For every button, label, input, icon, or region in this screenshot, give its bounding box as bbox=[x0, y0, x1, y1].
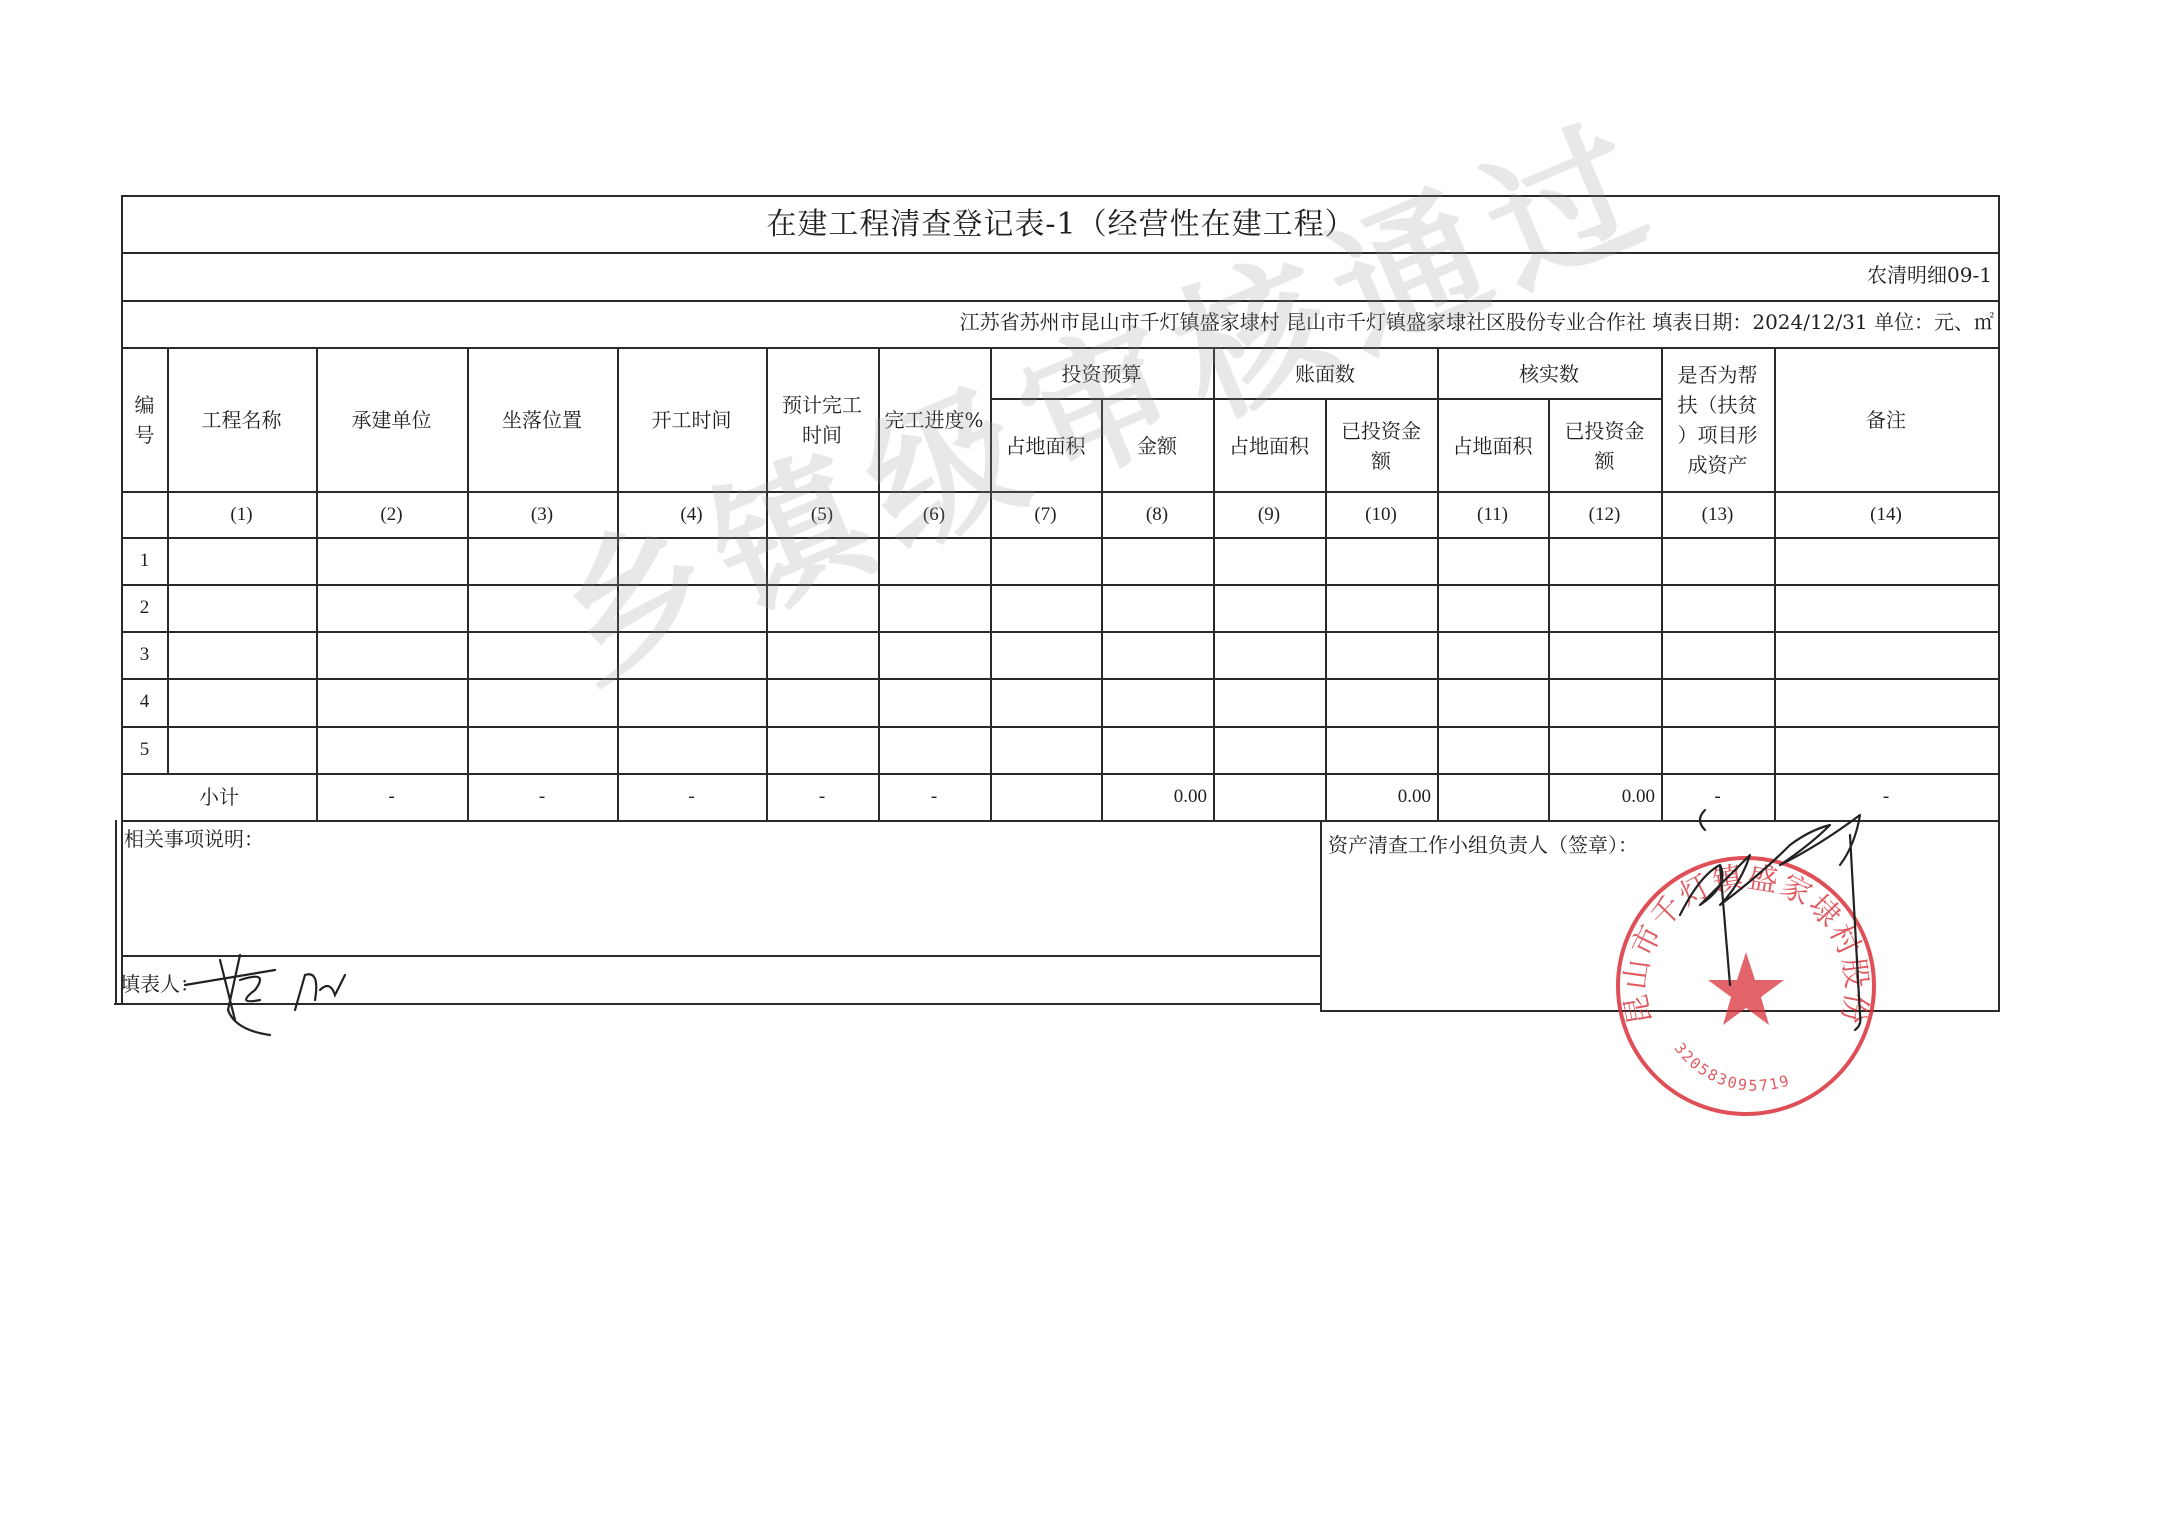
table-cell[interactable] bbox=[316, 585, 467, 631]
official-seal-icon: 昆山市千灯镇盛家埭村股份经济合作社 3205830957198 bbox=[1612, 852, 1880, 1120]
table-cell[interactable] bbox=[1437, 679, 1548, 725]
subtotal-cell: - bbox=[467, 774, 617, 820]
subtotal-cell bbox=[1437, 774, 1548, 820]
column-number: (3) bbox=[467, 493, 617, 537]
column-number: (13) bbox=[1661, 493, 1774, 537]
table-cell[interactable] bbox=[878, 585, 990, 631]
line-under-title bbox=[122, 252, 2000, 254]
header-contractor: 承建单位 bbox=[316, 349, 467, 491]
table-cell[interactable] bbox=[1437, 538, 1548, 584]
table-cell[interactable] bbox=[1774, 632, 1998, 678]
leader-label: 资产清查工作小组负责人（签章）： bbox=[1328, 833, 1638, 857]
seal-code-text: 3205830957198 bbox=[1612, 852, 1793, 1095]
table-cell[interactable] bbox=[467, 727, 617, 773]
table-cell[interactable] bbox=[1101, 538, 1213, 584]
table-cell[interactable] bbox=[316, 632, 467, 678]
asset-inventory-form: 在建工程清查登记表-1（经营性在建工程） 农清明细09-1 江苏省苏州市昆山市千… bbox=[0, 0, 2160, 1527]
table-cell[interactable] bbox=[1101, 727, 1213, 773]
table-cell[interactable] bbox=[1661, 538, 1774, 584]
header-expected-completion: 预计完工 时间 bbox=[766, 349, 878, 491]
table-cell[interactable] bbox=[1213, 538, 1325, 584]
form-title: 在建工程清查登记表-1（经营性在建工程） bbox=[122, 197, 2000, 252]
table-cell[interactable] bbox=[167, 538, 316, 584]
form-code: 农清明细09-1 bbox=[1867, 263, 1992, 287]
table-cell[interactable] bbox=[1213, 632, 1325, 678]
table-border-right bbox=[1998, 195, 2000, 1011]
header-project-name: 工程名称 bbox=[167, 349, 316, 491]
table-cell[interactable] bbox=[766, 538, 878, 584]
table-cell[interactable] bbox=[467, 538, 617, 584]
table-cell[interactable] bbox=[1437, 727, 1548, 773]
header-group-verified: 核实数 bbox=[1437, 349, 1661, 398]
table-border-left-lower bbox=[115, 820, 117, 1005]
column-number: (1) bbox=[167, 493, 316, 537]
subtotal-bottom-line bbox=[121, 820, 2000, 822]
column-number: (9) bbox=[1213, 493, 1325, 537]
seal-org-text: 昆山市千灯镇盛家埭村股份经济合作社 bbox=[1612, 852, 1874, 1028]
row-number: 5 bbox=[122, 727, 167, 773]
header-location: 坐落位置 bbox=[467, 349, 617, 491]
table-cell[interactable] bbox=[1325, 538, 1437, 584]
table-cell[interactable] bbox=[878, 538, 990, 584]
table-cell[interactable] bbox=[990, 585, 1101, 631]
preparer-signature-icon bbox=[180, 950, 360, 1040]
table-cell[interactable] bbox=[766, 585, 878, 631]
table-cell[interactable] bbox=[617, 585, 766, 631]
table-cell[interactable] bbox=[617, 679, 766, 725]
subtotal-cell: 0.00 bbox=[1325, 774, 1431, 820]
table-cell[interactable] bbox=[1437, 632, 1548, 678]
table-cell[interactable] bbox=[1661, 585, 1774, 631]
table-cell[interactable] bbox=[316, 727, 467, 773]
subtotal-cell: - bbox=[316, 774, 467, 820]
table-cell[interactable] bbox=[617, 727, 766, 773]
table-cell[interactable] bbox=[1661, 679, 1774, 725]
notes-label: 相关事项说明： bbox=[124, 827, 264, 851]
header-no: 编 号 bbox=[122, 349, 167, 491]
table-cell[interactable] bbox=[1548, 538, 1661, 584]
preparer-top-line bbox=[121, 955, 1321, 957]
header-poverty-asset-line4: 成资产 bbox=[1688, 450, 1748, 480]
table-cell[interactable] bbox=[878, 632, 990, 678]
subtotal-cell: - bbox=[1774, 774, 1998, 820]
table-cell[interactable] bbox=[167, 727, 316, 773]
header-verified-invested: 已投资金 额 bbox=[1548, 400, 1661, 491]
table-cell[interactable] bbox=[1213, 727, 1325, 773]
table-cell[interactable] bbox=[617, 538, 766, 584]
header-expected-completion-line2: 时间 bbox=[802, 420, 842, 450]
header-book-invested-line1: 已投资金 bbox=[1341, 416, 1421, 446]
table-cell[interactable] bbox=[1774, 727, 1998, 773]
table-cell[interactable] bbox=[1774, 585, 1998, 631]
table-cell[interactable] bbox=[167, 585, 316, 631]
column-number: (2) bbox=[316, 493, 467, 537]
header-remarks: 备注 bbox=[1774, 349, 1998, 491]
table-cell[interactable] bbox=[990, 679, 1101, 725]
subtotal-cell: - bbox=[617, 774, 766, 820]
table-cell[interactable] bbox=[467, 632, 617, 678]
row-number: 1 bbox=[122, 538, 167, 584]
column-number: (8) bbox=[1101, 493, 1213, 537]
table-cell[interactable] bbox=[1325, 585, 1437, 631]
table-cell[interactable] bbox=[467, 585, 617, 631]
header-expected-completion-line1: 预计完工 bbox=[782, 390, 862, 420]
header-budget-amount: 金额 bbox=[1101, 400, 1213, 491]
table-cell[interactable] bbox=[316, 679, 467, 725]
table-cell[interactable] bbox=[1661, 632, 1774, 678]
table-cell[interactable] bbox=[1774, 679, 1998, 725]
row-number: 3 bbox=[122, 632, 167, 678]
table-cell[interactable] bbox=[1213, 679, 1325, 725]
table-cell[interactable] bbox=[1661, 727, 1774, 773]
table-cell[interactable] bbox=[766, 727, 878, 773]
table-cell[interactable] bbox=[1548, 679, 1661, 725]
table-cell[interactable] bbox=[1101, 585, 1213, 631]
preparer-label: 填表人： bbox=[120, 972, 200, 996]
column-number: (4) bbox=[617, 493, 766, 537]
table-cell[interactable] bbox=[617, 632, 766, 678]
header-budget-area: 占地面积 bbox=[990, 400, 1101, 491]
table-cell[interactable] bbox=[1548, 727, 1661, 773]
header-poverty-asset-line2: 扶（扶贫 bbox=[1678, 390, 1758, 420]
notes-value[interactable] bbox=[124, 860, 1314, 950]
subtotal-cell: 0.00 bbox=[1548, 774, 1655, 820]
table-cell[interactable] bbox=[878, 679, 990, 725]
subtotal-cell: - bbox=[878, 774, 990, 820]
column-number: (10) bbox=[1325, 493, 1437, 537]
subtotal-cell: - bbox=[766, 774, 878, 820]
row-number: 4 bbox=[122, 679, 167, 725]
subtotal-label: 小计 bbox=[122, 774, 316, 820]
line-under-form-code bbox=[122, 300, 2000, 302]
table-cell[interactable] bbox=[990, 632, 1101, 678]
column-number: (6) bbox=[878, 493, 990, 537]
table-cell[interactable] bbox=[1325, 679, 1437, 725]
table-cell[interactable] bbox=[990, 727, 1101, 773]
column-number: (11) bbox=[1437, 493, 1548, 537]
header-group-budget: 投资预算 bbox=[990, 349, 1213, 398]
header-no-line2: 号 bbox=[135, 420, 155, 450]
table-cell[interactable] bbox=[766, 679, 878, 725]
table-cell[interactable] bbox=[990, 538, 1101, 584]
subtotal-cell: 0.00 bbox=[1101, 774, 1207, 820]
table-cell[interactable] bbox=[1548, 632, 1661, 678]
subtotal-cell: - bbox=[1661, 774, 1774, 820]
header-poverty-asset: 是否为帮 扶（扶贫 ）项目形 成资产 bbox=[1661, 349, 1774, 491]
table-cell[interactable] bbox=[1101, 632, 1213, 678]
header-verified-invested-line2: 额 bbox=[1595, 446, 1615, 476]
table-border-bottom-right bbox=[1320, 1010, 2000, 1012]
svg-text:昆山市千灯镇盛家埭村股份经济合作社: 昆山市千灯镇盛家埭村股份经济合作社 bbox=[1612, 852, 1874, 1028]
footer-divider-vertical bbox=[1320, 821, 1322, 1011]
row-number: 2 bbox=[122, 585, 167, 631]
table-cell[interactable] bbox=[167, 679, 316, 725]
table-cell[interactable] bbox=[1325, 632, 1437, 678]
table-cell[interactable] bbox=[1213, 585, 1325, 631]
header-poverty-asset-line3: ）项目形 bbox=[1678, 420, 1758, 450]
form-info-line: 江苏省苏州市昆山市千灯镇盛家埭村 昆山市千灯镇盛家埭社区股份专业合作社 填表日期… bbox=[960, 310, 1994, 334]
table-cell[interactable] bbox=[1101, 679, 1213, 725]
table-cell[interactable] bbox=[1774, 538, 1998, 584]
header-verified-invested-line1: 已投资金 bbox=[1565, 416, 1645, 446]
svg-text:3205830957198: 3205830957198 bbox=[1612, 852, 1793, 1095]
subtotal-cell bbox=[990, 774, 1101, 820]
header-book-invested-line2: 额 bbox=[1371, 446, 1391, 476]
header-poverty-asset-line1: 是否为帮 bbox=[1678, 360, 1758, 390]
table-border-bottom-left bbox=[114, 1003, 1321, 1005]
table-cell[interactable] bbox=[316, 538, 467, 584]
header-progress: 完工进度% bbox=[878, 349, 990, 491]
column-number: (5) bbox=[766, 493, 878, 537]
header-verified-area: 占地面积 bbox=[1437, 400, 1548, 491]
header-group-book: 账面数 bbox=[1213, 349, 1437, 398]
header-start-date: 开工时间 bbox=[617, 349, 766, 491]
header-no-line1: 编 bbox=[135, 390, 155, 420]
column-number: (12) bbox=[1548, 493, 1661, 537]
header-book-invested: 已投资金 额 bbox=[1325, 400, 1437, 491]
column-number: (14) bbox=[1774, 493, 1998, 537]
header-book-area: 占地面积 bbox=[1213, 400, 1325, 491]
table-cell[interactable] bbox=[878, 727, 990, 773]
table-cell[interactable] bbox=[167, 632, 316, 678]
subtotal-cell bbox=[1213, 774, 1325, 820]
table-cell[interactable] bbox=[1325, 727, 1437, 773]
table-cell[interactable] bbox=[766, 632, 878, 678]
leader-signature-icon bbox=[1660, 805, 1920, 1045]
column-number: (7) bbox=[990, 493, 1101, 537]
table-cell[interactable] bbox=[1437, 585, 1548, 631]
table-cell[interactable] bbox=[1548, 585, 1661, 631]
table-cell[interactable] bbox=[467, 679, 617, 725]
